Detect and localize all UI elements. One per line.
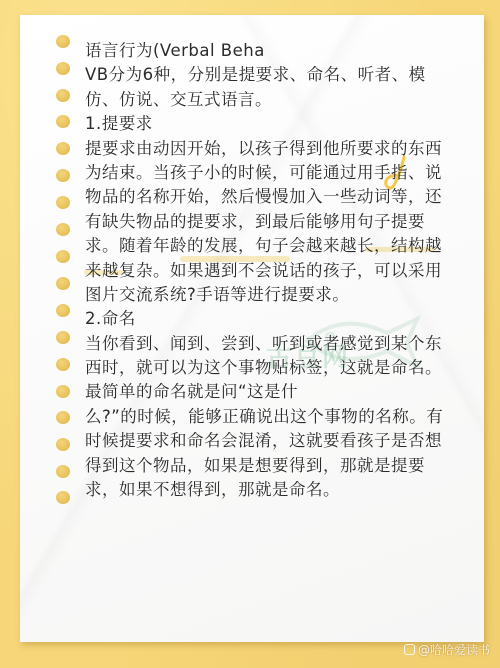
body-text: 求。随着年龄的发展，句子会越来越长，结构越 <box>85 234 485 258</box>
bullet-dot <box>56 411 70 424</box>
bullet-dot <box>56 304 70 317</box>
body-text: 提要求由动因开始，以孩子得到他所要求的东西 <box>85 137 485 161</box>
bullet-dot <box>56 89 70 102</box>
body-text: 最简单的命名就是问“这是什 <box>85 380 485 404</box>
body-text: 求，如果不想得到，那就是命名。 <box>85 478 485 502</box>
platform-logo-icon <box>404 644 415 655</box>
body-text: VB分为6种，分别是提要求、命名、听者、模 <box>85 63 485 87</box>
bullet-dot <box>56 491 70 504</box>
body-text: 来越复杂。如果遇到不会说话的孩子，可以采用 <box>85 259 485 283</box>
body-text: 西时，就可以为这个事物贴标签，这就是命名。 <box>85 356 485 380</box>
note-content: 语言行为(Verbal Beha VB分为6种，分别是提要求、命名、听者、模 仿… <box>85 39 485 502</box>
bullet-dot <box>56 358 70 371</box>
bullet-dot <box>56 385 70 398</box>
bullet-dot <box>56 465 70 478</box>
bullet-dot <box>56 142 70 155</box>
author-handle: @哈哈爱读书 <box>418 641 490 658</box>
body-text: 为结束。当孩子小的时候，可能通过用手指、说 <box>85 161 485 185</box>
bullet-dot <box>56 438 70 451</box>
section-heading-mand: 1.提要求 <box>85 112 485 136</box>
author-credit: @哈哈爱读书 <box>404 641 490 658</box>
section-heading-tact: 2.命名 <box>85 307 485 331</box>
bullet-dot <box>56 35 70 48</box>
heading-text: 语言行为(Verbal Beha <box>85 39 485 63</box>
bullet-dot <box>56 62 70 75</box>
bullet-dot <box>56 169 70 182</box>
bullet-dot <box>56 196 70 209</box>
bullet-dot <box>56 331 70 344</box>
body-text: 得到这个物品，如果是想要得到，那就是提要 <box>85 454 485 478</box>
body-text: 图片交流系统?手语等进行提要求。 <box>85 283 485 307</box>
note-paper: 古豆网 语言行为(Verbal Beha VB分为6种，分别是提要求、命名、听者… <box>20 15 484 642</box>
bullet-dot <box>56 250 70 263</box>
body-text: 当你看到、闻到、尝到、听到或者感觉到某个东 <box>85 332 485 356</box>
body-text: 有缺失物品的提要求，到最后能够用句子提要 <box>85 210 485 234</box>
bullet-dot <box>56 277 70 290</box>
body-text: 物品的名称开始，然后慢慢加入一些动词等，还 <box>85 185 485 209</box>
bullet-dot <box>56 115 70 128</box>
bullet-dot <box>56 223 70 236</box>
body-text: 仿、仿说、交互式语言。 <box>85 88 485 112</box>
body-text: 么?”的时候，能够正确说出这个事物的名称。有 <box>85 405 485 429</box>
body-text: 时候提要求和命名会混淆，这就要看孩子是否想 <box>85 429 485 453</box>
